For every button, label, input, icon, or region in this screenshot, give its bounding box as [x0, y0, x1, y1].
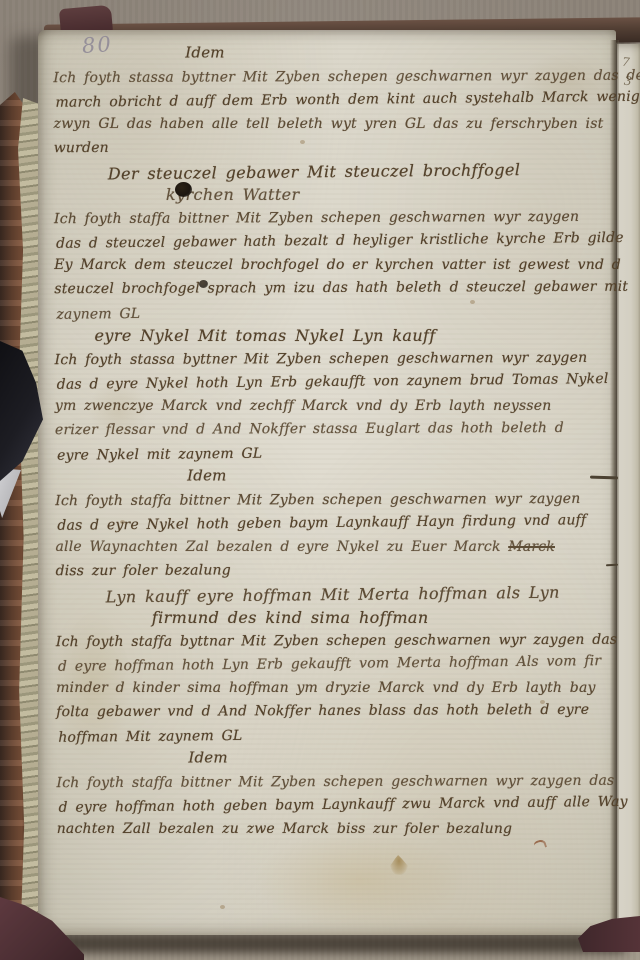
- heading-line: firmund des kind sima hoffman: [152, 606, 593, 630]
- text-line: zwyn GL das haben alle tell beleth wyt y…: [54, 113, 591, 137]
- text-line: erizer flessar vnd d And Nokffer stassa …: [55, 417, 592, 443]
- strikethrough-text: Marck: [508, 538, 555, 554]
- text-line: diss zur foler bezalung: [56, 558, 593, 584]
- water-stain: [255, 830, 465, 930]
- text-line: minder d kinder sima hoffman ym dryzie M…: [56, 676, 593, 700]
- heading-line: Idem: [188, 747, 593, 771]
- text-line: zaynem GL: [56, 298, 593, 327]
- heading-line: eyre Nykel Mit tomas Nykel Lyn kauff: [95, 324, 592, 348]
- photo-of-manuscript: 7 3 80 IdemIch foyth stassa byttner Mit …: [0, 0, 640, 960]
- text-line: Ey Marck dem steuczel brochfogel do er k…: [54, 254, 591, 278]
- heading-line: Idem: [187, 465, 592, 489]
- heading-line: Lyn kauff eyre hoffman Mit Merta hoffman…: [106, 580, 595, 609]
- text-line: wurden: [54, 135, 591, 161]
- ink-blot: [199, 280, 208, 288]
- text-line: hoffman Mit zaynem GL: [58, 721, 595, 750]
- text-line: steuczel brochfogel sprach ym izu das ha…: [54, 276, 591, 302]
- text-line: das d eyre Nykel hoth Lyn Erb gekaufft v…: [57, 368, 594, 397]
- ink-blot: [175, 182, 192, 197]
- text-line: das d eyre Nykel hoth geben baym Laynkau…: [57, 509, 594, 538]
- foxing-spot: [220, 905, 225, 909]
- text-line: folta gebawer vnd d And Nokffer hanes bl…: [56, 699, 593, 725]
- heading-line: Idem: [185, 42, 590, 66]
- book-bottom-shadow: [16, 936, 624, 952]
- text-line: d eyre hoffman hoth Lyn Erb gekaufft vom…: [58, 650, 595, 679]
- manuscript-text: IdemIch foyth stassa byttner Mit Zyben s…: [53, 41, 593, 842]
- heading-line: kyrchen Watter: [166, 183, 591, 207]
- text-line: march obricht d auff dem Erb wonth dem k…: [55, 86, 592, 115]
- text-line: nachten Zall bezalen zu zwe Marck biss z…: [57, 817, 594, 841]
- folio-number: 80: [81, 32, 113, 58]
- heading-line: Der steuczel gebawer Mit steuczel brochf…: [108, 157, 593, 186]
- text-line: d eyre hoffman hoth geben baym Laynkauff…: [58, 791, 595, 820]
- text-line: alle Waynachten Zal bezalen d eyre Nykel…: [55, 535, 592, 559]
- text-line: das d steuczel gebawer hath bezalt d hey…: [56, 227, 593, 256]
- text-line: eyre Nykel mit zaynem GL: [57, 439, 594, 468]
- text-line: ym zwenczye Marck vnd zechff Marck vnd d…: [55, 395, 592, 419]
